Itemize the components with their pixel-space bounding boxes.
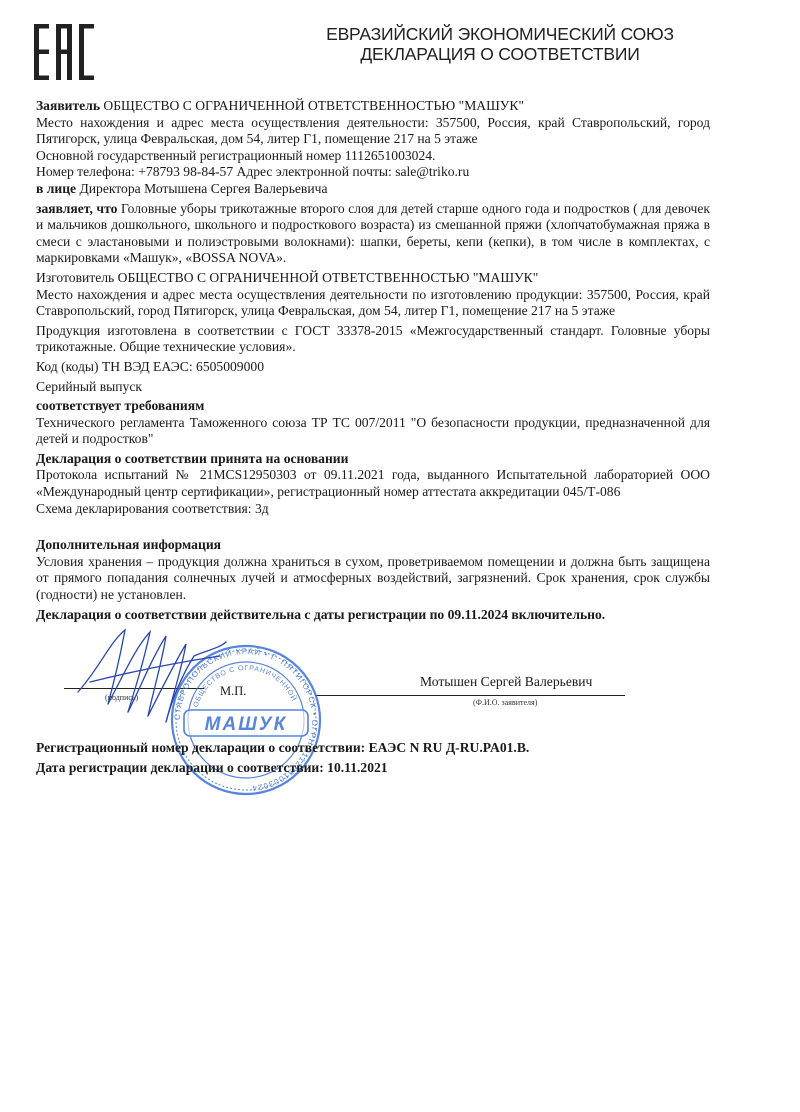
tn-ved-code: Код (коды) ТН ВЭД ЕАЭС: 6505009000 (36, 359, 710, 376)
applicant-label: Заявитель (36, 98, 100, 113)
represented-label: в лице (36, 181, 76, 196)
declares-paragraph: заявляет, что Головные уборы трикотажные… (36, 201, 710, 267)
signer-caption: (Ф.И.О. заявителя) (473, 698, 537, 707)
document-title: ДЕКЛАРАЦИЯ О СООТВЕТСТВИИ (200, 44, 800, 65)
product-standard: Продукция изготовлена в соответствии с Г… (36, 323, 710, 356)
basis-text: Протокола испытаний № 21MCS12950303 от 0… (36, 467, 710, 500)
signer-name-line (315, 695, 625, 696)
declares-label: заявляет, что (36, 201, 117, 216)
additional-info-text: Условия хранения – продукция должна хран… (36, 554, 710, 604)
release-type: Серийный выпуск (36, 379, 710, 396)
applicant-name: ОБЩЕСТВО С ОГРАНИЧЕННОЙ ОТВЕТСТВЕННОСТЬЮ… (100, 98, 524, 113)
manufacturer-name: ОБЩЕСТВО С ОГРАНИЧЕННОЙ ОТВЕТСТВЕННОСТЬЮ… (114, 270, 538, 285)
signer-name: Мотышен Сергей Валерьевич (420, 674, 592, 690)
declaration-scheme: Схема декларирования соответствия: 3д (36, 501, 710, 518)
registration-date: Дата регистрации декларации о соответств… (36, 760, 388, 776)
applicant-line: Заявитель ОБЩЕСТВО С ОГРАНИЧЕННОЙ ОТВЕТС… (36, 98, 710, 115)
manufacturer-address: Место нахождения и адрес места осуществл… (36, 287, 710, 320)
requirements-label: соответствует требованиям (36, 398, 710, 415)
union-title: ЕВРАЗИЙСКИЙ ЭКОНОМИЧЕСКИЙ СОЮЗ (200, 24, 800, 45)
eac-mark-icon (34, 24, 96, 80)
represented-by: Директора Мотышена Сергея Валерьевича (76, 181, 327, 196)
applicant-address: Место нахождения и адрес места осуществл… (36, 115, 710, 148)
applicant-representative: в лице Директора Мотышена Сергея Валерье… (36, 181, 710, 198)
additional-info-label: Дополнительная информация (36, 537, 710, 554)
registration-number: Регистрационный номер декларации о соотв… (36, 740, 529, 756)
handwritten-signature (70, 612, 230, 732)
manufacturer-line: Изготовитель ОБЩЕСТВО С ОГРАНИЧЕННОЙ ОТВ… (36, 270, 710, 287)
applicant-ogrn: Основной государственный регистрационный… (36, 148, 710, 165)
declaration-body: Заявитель ОБЩЕСТВО С ОГРАНИЧЕННОЙ ОТВЕТС… (36, 98, 710, 623)
declares-text: Головные уборы трикотажные второго слоя … (36, 201, 710, 266)
manufacturer-label: Изготовитель (36, 270, 114, 285)
applicant-contacts: Номер телефона: +78793 98-84-57 Адрес эл… (36, 164, 710, 181)
requirements-text: Технического регламента Таможенного союз… (36, 415, 710, 448)
basis-label: Декларация о соответствии принята на осн… (36, 451, 710, 468)
